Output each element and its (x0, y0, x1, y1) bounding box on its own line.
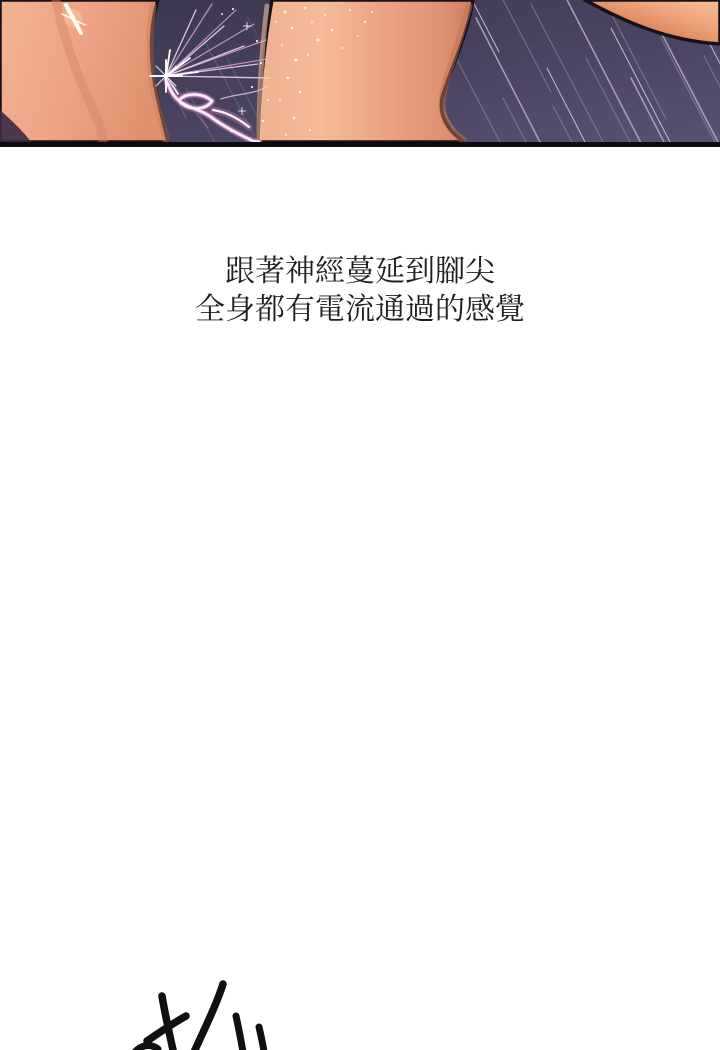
caption-line-1: 跟著神經蔓延到腳尖 (0, 253, 720, 291)
comic-page: 跟著神經蔓延到腳尖 全身都有電流通過的感覺 (0, 0, 720, 1050)
caption-text: 跟著神經蔓延到腳尖 全身都有電流通過的感覺 (0, 253, 720, 329)
sfx-strokes (120, 958, 290, 1050)
comic-art-panel (0, 0, 720, 147)
caption-line-2: 全身都有電流通過的感覺 (0, 291, 720, 329)
left-leg (0, 0, 168, 142)
middle-thigh (258, 0, 473, 142)
panel-art (0, 0, 720, 142)
